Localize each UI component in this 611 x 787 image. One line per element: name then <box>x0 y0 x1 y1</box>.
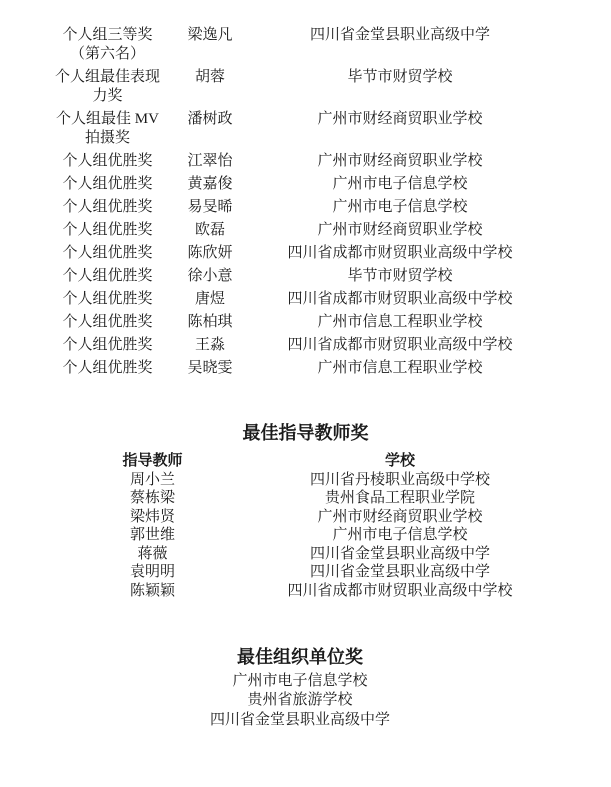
award-row: 个人组优胜奖 吴晓雯 广州市信息工程职业学校 <box>50 357 545 380</box>
award-row: 个人组优胜奖 王淼 四川省成都市财贸职业高级中学校 <box>50 334 545 357</box>
teacher-column-header: 指导教师 <box>60 452 245 471</box>
teacher-school: 四川省金堂县职业高级中学 <box>245 545 555 564</box>
award-row: 个人组最佳 MV 拍摄奖 潘树政 广州市财经商贸职业学校 <box>50 108 545 150</box>
winner-school: 四川省金堂县职业高级中学 <box>255 24 545 66</box>
award-row: 个人组优胜奖 陈柏琪 广州市信息工程职业学校 <box>50 311 545 334</box>
winner-school: 毕节市财贸学校 <box>255 66 545 108</box>
award-type: 个人组优胜奖 <box>50 311 165 334</box>
teacher-school: 四川省金堂县职业高级中学 <box>245 563 555 582</box>
award-type: 个人组优胜奖 <box>50 196 165 219</box>
awards-table: 个人组三等奖 （第六名） 梁逸凡 四川省金堂县职业高级中学 个人组最佳表现 力奖… <box>50 24 545 380</box>
winner-school: 广州市财经商贸职业学校 <box>255 108 545 150</box>
teacher-row: 梁炜贤 广州市财经商贸职业学校 <box>60 508 555 527</box>
award-type: 个人组优胜奖 <box>50 219 165 242</box>
award-type: 个人组优胜奖 <box>50 357 165 380</box>
org-unit-item: 四川省金堂县职业高级中学 <box>0 711 600 730</box>
org-unit-list: 广州市电子信息学校 贵州省旅游学校 四川省金堂县职业高级中学 <box>0 672 600 730</box>
teacher-row: 周小兰 四川省丹棱职业高级中学校 <box>60 471 555 490</box>
teacher-name: 蒋薇 <box>60 545 245 564</box>
winner-school: 广州市电子信息学校 <box>255 173 545 196</box>
document-page: 个人组三等奖 （第六名） 梁逸凡 四川省金堂县职业高级中学 个人组最佳表现 力奖… <box>0 0 611 787</box>
winner-school: 广州市信息工程职业学校 <box>255 357 545 380</box>
award-type: 个人组最佳 MV 拍摄奖 <box>50 108 165 150</box>
award-row: 个人组优胜奖 徐小意 毕节市财贸学校 <box>50 265 545 288</box>
teacher-school: 四川省丹棱职业高级中学校 <box>245 471 555 490</box>
award-type: 个人组优胜奖 <box>50 334 165 357</box>
winner-school: 广州市财经商贸职业学校 <box>255 150 545 173</box>
winner-name: 唐煜 <box>165 288 255 311</box>
teacher-school: 广州市电子信息学校 <box>245 526 555 545</box>
winner-school: 广州市财经商贸职业学校 <box>255 219 545 242</box>
teacher-name: 郭世维 <box>60 526 245 545</box>
award-row: 个人组优胜奖 江翠怡 广州市财经商贸职业学校 <box>50 150 545 173</box>
award-type: 个人组三等奖 （第六名） <box>50 24 165 66</box>
winner-name: 易旻晞 <box>165 196 255 219</box>
winner-name: 梁逸凡 <box>165 24 255 66</box>
winner-school: 四川省成都市财贸职业高级中学校 <box>255 288 545 311</box>
teacher-school: 广州市财经商贸职业学校 <box>245 508 555 527</box>
award-row: 个人组优胜奖 唐煜 四川省成都市财贸职业高级中学校 <box>50 288 545 311</box>
award-row: 个人组优胜奖 黄嘉俊 广州市电子信息学校 <box>50 173 545 196</box>
winner-name: 胡蓉 <box>165 66 255 108</box>
winner-name: 潘树政 <box>165 108 255 150</box>
teachers-table: 指导教师 学校 周小兰 四川省丹棱职业高级中学校 蔡栋梁 贵州食品工程职业学院 … <box>60 452 555 600</box>
teacher-row: 蔡栋梁 贵州食品工程职业学院 <box>60 489 555 508</box>
teacher-name: 袁明明 <box>60 563 245 582</box>
org-unit-item: 广州市电子信息学校 <box>0 672 600 691</box>
winner-school: 四川省成都市财贸职业高级中学校 <box>255 334 545 357</box>
winner-name: 陈欣妍 <box>165 242 255 265</box>
award-type: 个人组优胜奖 <box>50 173 165 196</box>
teacher-row: 郭世维 广州市电子信息学校 <box>60 526 555 545</box>
winner-name: 欧磊 <box>165 219 255 242</box>
teacher-name: 蔡栋梁 <box>60 489 245 508</box>
winner-name: 江翠怡 <box>165 150 255 173</box>
teacher-school: 贵州食品工程职业学院 <box>245 489 555 508</box>
award-type: 个人组最佳表现 力奖 <box>50 66 165 108</box>
winner-school: 毕节市财贸学校 <box>255 265 545 288</box>
winner-name: 徐小意 <box>165 265 255 288</box>
winner-name: 王淼 <box>165 334 255 357</box>
winner-name: 黄嘉俊 <box>165 173 255 196</box>
winner-name: 吴晓雯 <box>165 357 255 380</box>
teacher-row: 蒋薇 四川省金堂县职业高级中学 <box>60 545 555 564</box>
teacher-name: 梁炜贤 <box>60 508 245 527</box>
award-type: 个人组优胜奖 <box>50 288 165 311</box>
award-row: 个人组优胜奖 欧磊 广州市财经商贸职业学校 <box>50 219 545 242</box>
teachers-section-title: 最佳指导教师奖 <box>0 422 611 444</box>
school-column-header: 学校 <box>245 452 555 471</box>
winner-school: 四川省成都市财贸职业高级中学校 <box>255 242 545 265</box>
org-unit-item: 贵州省旅游学校 <box>0 691 600 710</box>
teacher-name: 陈颖颖 <box>60 582 245 601</box>
award-type: 个人组优胜奖 <box>50 150 165 173</box>
award-type: 个人组优胜奖 <box>50 242 165 265</box>
award-row: 个人组三等奖 （第六名） 梁逸凡 四川省金堂县职业高级中学 <box>50 24 545 66</box>
teacher-row: 陈颖颖 四川省成都市财贸职业高级中学校 <box>60 582 555 601</box>
teacher-school: 四川省成都市财贸职业高级中学校 <box>245 582 555 601</box>
winner-school: 广州市电子信息学校 <box>255 196 545 219</box>
teacher-name: 周小兰 <box>60 471 245 490</box>
winner-name: 陈柏琪 <box>165 311 255 334</box>
org-section-title: 最佳组织单位奖 <box>0 646 600 668</box>
award-row: 个人组最佳表现 力奖 胡蓉 毕节市财贸学校 <box>50 66 545 108</box>
award-row: 个人组优胜奖 陈欣妍 四川省成都市财贸职业高级中学校 <box>50 242 545 265</box>
award-row: 个人组优胜奖 易旻晞 广州市电子信息学校 <box>50 196 545 219</box>
teachers-header-row: 指导教师 学校 <box>60 452 555 471</box>
winner-school: 广州市信息工程职业学校 <box>255 311 545 334</box>
teacher-row: 袁明明 四川省金堂县职业高级中学 <box>60 563 555 582</box>
award-type: 个人组优胜奖 <box>50 265 165 288</box>
